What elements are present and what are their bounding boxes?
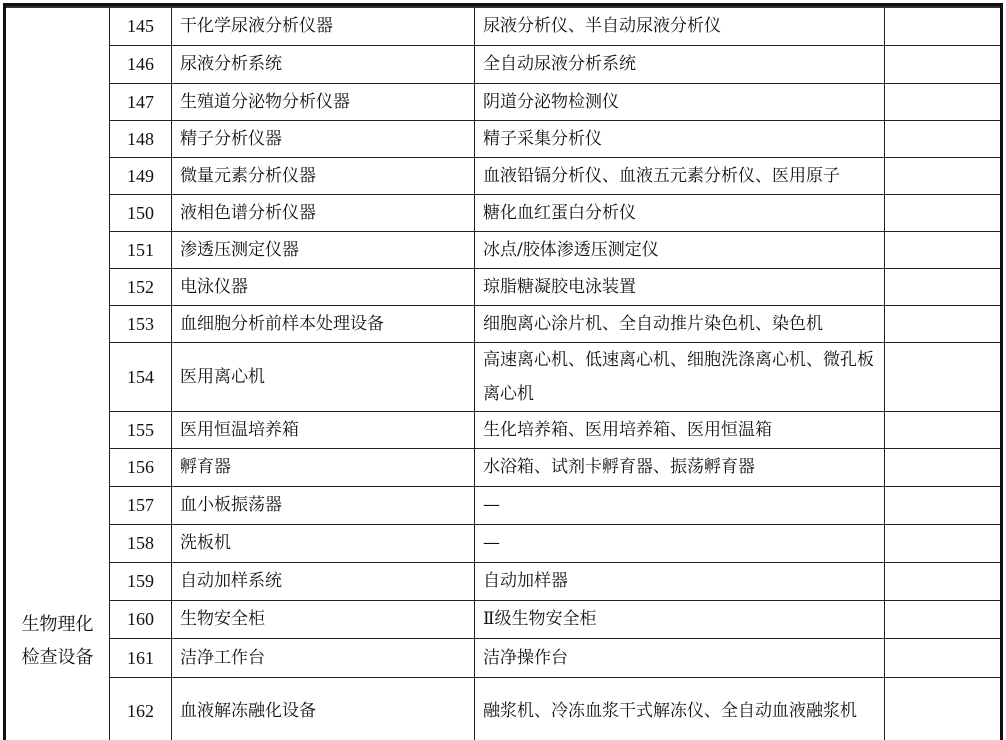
remark-cell (885, 486, 1002, 524)
device-examples: 精子采集分析仪 (475, 120, 885, 157)
remark-cell (885, 194, 1002, 231)
device-name: 干化学尿液分析仪器 (172, 7, 475, 45)
row-number: 156 (110, 448, 172, 486)
remark-cell (885, 305, 1002, 342)
table-row: 153 血细胞分析前样本处理设备 细胞离心涂片机、全自动推片染色机、染色机 (5, 305, 1002, 342)
row-number: 155 (110, 411, 172, 448)
table-row: 149 微量元素分析仪器 血液铅镉分析仪、血液五元素分析仪、医用原子 (5, 157, 1002, 194)
equipment-table: 生物理化 检查设备 145 干化学尿液分析仪器 尿液分析仪、半自动尿液分析仪 1… (3, 3, 1003, 740)
device-examples: 高速离心机、低速离心机、细胞洗涤离心机、微孔板离心机 (475, 342, 885, 411)
remark-cell (885, 524, 1002, 562)
table-row: 150 液相色谱分析仪器 糖化血红蛋白分析仪 (5, 194, 1002, 231)
device-name: 微量元素分析仪器 (172, 157, 475, 194)
remark-cell (885, 677, 1002, 740)
table-row: 147 生殖道分泌物分析仪器 阴道分泌物检测仪 (5, 83, 1002, 120)
remark-cell (885, 638, 1002, 677)
device-name: 血小板振荡器 (172, 486, 475, 524)
device-name: 孵育器 (172, 448, 475, 486)
device-examples: 糖化血红蛋白分析仪 (475, 194, 885, 231)
category-label-line-1: 生物理化 (6, 608, 109, 641)
row-number: 158 (110, 524, 172, 562)
device-examples: 水浴箱、试剂卡孵育器、振荡孵育器 (475, 448, 885, 486)
device-name: 液相色谱分析仪器 (172, 194, 475, 231)
device-name: 生物安全柜 (172, 600, 475, 638)
device-name: 自动加样系统 (172, 562, 475, 600)
row-number: 159 (110, 562, 172, 600)
device-name: 洗板机 (172, 524, 475, 562)
row-number: 154 (110, 342, 172, 411)
row-number: 161 (110, 638, 172, 677)
table-row: 161 洁净工作台 洁净操作台 (5, 638, 1002, 677)
table-row: 156 孵育器 水浴箱、试剂卡孵育器、振荡孵育器 (5, 448, 1002, 486)
row-number: 149 (110, 157, 172, 194)
device-examples: 融浆机、冷冻血浆干式解冻仪、全自动血液融浆机 (475, 677, 885, 740)
device-name: 医用离心机 (172, 342, 475, 411)
remark-cell (885, 157, 1002, 194)
device-name: 医用恒温培养箱 (172, 411, 475, 448)
device-name: 洁净工作台 (172, 638, 475, 677)
remark-cell (885, 120, 1002, 157)
row-number: 147 (110, 83, 172, 120)
table-row: 148 精子分析仪器 精子采集分析仪 (5, 120, 1002, 157)
row-number: 152 (110, 268, 172, 305)
table-row: 162 血液解冻融化设备 融浆机、冷冻血浆干式解冻仪、全自动血液融浆机 (5, 677, 1002, 740)
remark-cell (885, 7, 1002, 45)
device-examples: — (475, 524, 885, 562)
row-number: 148 (110, 120, 172, 157)
remark-cell (885, 600, 1002, 638)
table-row: 146 尿液分析系统 全自动尿液分析系统 (5, 45, 1002, 83)
row-number: 145 (110, 7, 172, 45)
table-row: 155 医用恒温培养箱 生化培养箱、医用培养箱、医用恒温箱 (5, 411, 1002, 448)
row-number: 160 (110, 600, 172, 638)
table-row: 157 血小板振荡器 — (5, 486, 1002, 524)
device-examples: 冰点/胶体渗透压测定仪 (475, 231, 885, 268)
table-row: 158 洗板机 — (5, 524, 1002, 562)
row-number: 162 (110, 677, 172, 740)
device-examples: 阴道分泌物检测仪 (475, 83, 885, 120)
device-examples: 血液铅镉分析仪、血液五元素分析仪、医用原子 (475, 157, 885, 194)
remark-cell (885, 83, 1002, 120)
device-examples: 生化培养箱、医用培养箱、医用恒温箱 (475, 411, 885, 448)
remark-cell (885, 562, 1002, 600)
device-name: 渗透压测定仪器 (172, 231, 475, 268)
table-row: 152 电泳仪器 琼脂糖凝胶电泳装置 (5, 268, 1002, 305)
remark-cell (885, 448, 1002, 486)
device-examples: — (475, 486, 885, 524)
row-number: 146 (110, 45, 172, 83)
table-row: 160 生物安全柜 Ⅱ级生物安全柜 (5, 600, 1002, 638)
row-number: 151 (110, 231, 172, 268)
table-row: 159 自动加样系统 自动加样器 (5, 562, 1002, 600)
remark-cell (885, 268, 1002, 305)
remark-cell (885, 45, 1002, 83)
device-name: 尿液分析系统 (172, 45, 475, 83)
row-number: 157 (110, 486, 172, 524)
device-examples: 尿液分析仪、半自动尿液分析仪 (475, 7, 885, 45)
device-name: 精子分析仪器 (172, 120, 475, 157)
remark-cell (885, 411, 1002, 448)
device-name: 血液解冻融化设备 (172, 677, 475, 740)
remark-cell (885, 342, 1002, 411)
row-number: 153 (110, 305, 172, 342)
device-examples: 细胞离心涂片机、全自动推片染色机、染色机 (475, 305, 885, 342)
row-number: 150 (110, 194, 172, 231)
remark-cell (885, 231, 1002, 268)
device-name: 生殖道分泌物分析仪器 (172, 83, 475, 120)
device-examples: 自动加样器 (475, 562, 885, 600)
table-row: 154 医用离心机 高速离心机、低速离心机、细胞洗涤离心机、微孔板离心机 (5, 342, 1002, 411)
device-examples: 琼脂糖凝胶电泳装置 (475, 268, 885, 305)
table-row: 151 渗透压测定仪器 冰点/胶体渗透压测定仪 (5, 231, 1002, 268)
device-examples: Ⅱ级生物安全柜 (475, 600, 885, 638)
device-examples: 洁净操作台 (475, 638, 885, 677)
table-row: 生物理化 检查设备 145 干化学尿液分析仪器 尿液分析仪、半自动尿液分析仪 (5, 7, 1002, 45)
category-cell: 生物理化 检查设备 (5, 7, 110, 740)
device-name: 血细胞分析前样本处理设备 (172, 305, 475, 342)
device-examples: 全自动尿液分析系统 (475, 45, 885, 83)
device-name: 电泳仪器 (172, 268, 475, 305)
category-label-line-2: 检查设备 (6, 641, 109, 674)
